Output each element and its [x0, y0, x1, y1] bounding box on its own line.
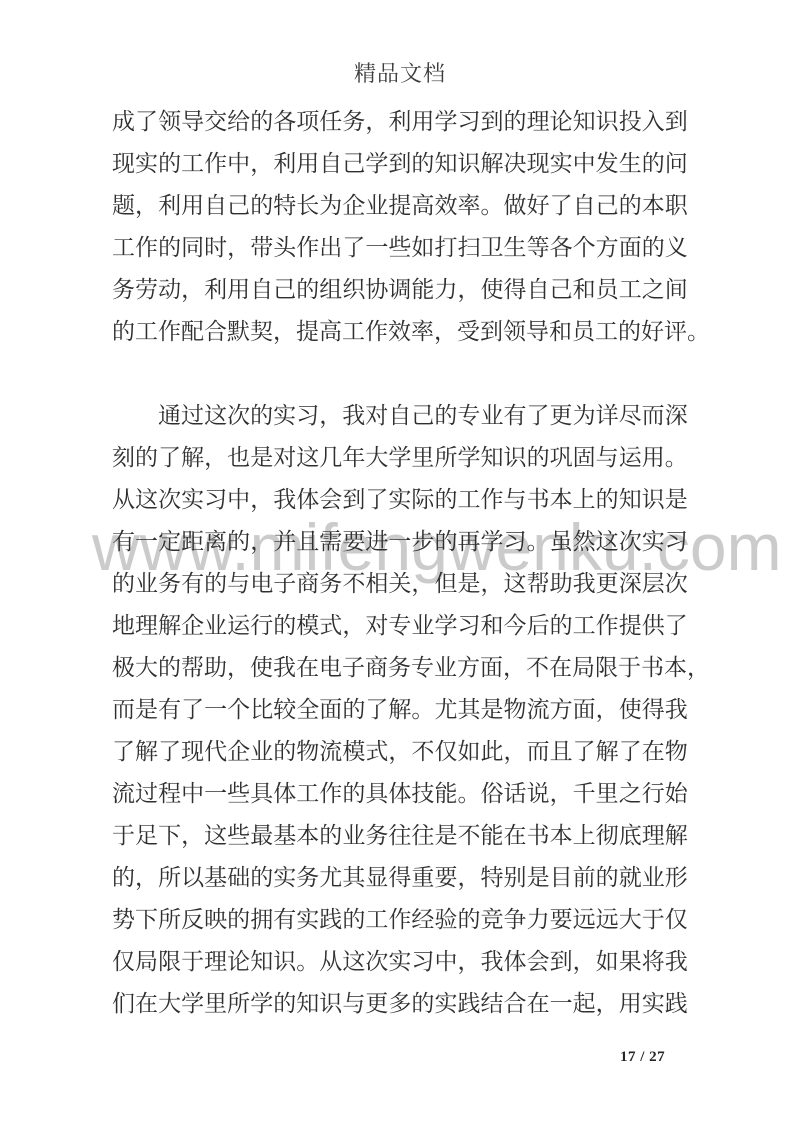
text-line: 地理解企业运行的模式，对专业学习和今后的工作提供了: [112, 602, 688, 644]
text-line: 的工作配合默契，提高工作效率，受到领导和员工的好评。: [112, 308, 688, 350]
page-number: 17 / 27: [620, 1049, 665, 1066]
text-line: 工作的同时，带头作出了一些如打扫卫生等各个方面的义: [112, 224, 688, 266]
text-line: 势下所反映的拥有实践的工作经验的竞争力要远远大于仅: [112, 896, 688, 938]
text-line: 了解了现代企业的物流模式，不仅如此，而且了解了在物: [112, 728, 688, 770]
text-line: 题，利用自己的特长为企业提高效率。做好了自己的本职: [112, 182, 688, 224]
text-line: 有一定距离的，并且需要进一步的再学习。虽然这次实习: [112, 518, 688, 560]
text-line: 务劳动，利用自己的组织协调能力，使得自己和员工之间: [112, 266, 688, 308]
paragraph: 成了领导交给的各项任务，利用学习到的理论知识投入到现实的工作中，利用自己学到的知…: [112, 98, 688, 350]
document-page: 精品文档 www.mifengwenku.com 成了领导交给的各项任务，利用学…: [0, 0, 800, 1132]
text-line: 通过这次的实习，我对自己的专业有了更为详尽而深: [158, 392, 688, 434]
text-line: 们在大学里所学的知识与更多的实践结合在一起，用实践: [112, 980, 688, 1022]
document-body: 成了领导交给的各项任务，利用学习到的理论知识投入到现实的工作中，利用自己学到的知…: [112, 98, 688, 1022]
text-line: 极大的帮助，使我在电子商务专业方面，不在局限于书本，: [112, 644, 688, 686]
text-line: 仅局限于理论知识。从这次实习中，我体会到，如果将我: [112, 938, 688, 980]
text-line: 刻的了解，也是对这几年大学里所学知识的巩固与运用。: [112, 434, 688, 476]
paragraph: 通过这次的实习，我对自己的专业有了更为详尽而深刻的了解，也是对这几年大学里所学知…: [112, 392, 688, 1022]
text-line: 而是有了一个比较全面的了解。尤其是物流方面，使得我: [112, 686, 688, 728]
text-line: 的，所以基础的实务尤其显得重要，特别是目前的就业形: [112, 854, 688, 896]
text-line: 的业务有的与电子商务不相关，但是，这帮助我更深层次: [112, 560, 688, 602]
text-line: 流过程中一些具体工作的具体技能。俗话说，千里之行始: [112, 770, 688, 812]
page-title: 精品文档: [0, 57, 800, 88]
text-line: 于足下，这些最基本的业务往往是不能在书本上彻底理解: [112, 812, 688, 854]
text-line: 现实的工作中，利用自己学到的知识解决现实中发生的问: [112, 140, 688, 182]
text-line: 从这次实习中，我体会到了实际的工作与书本上的知识是: [112, 476, 688, 518]
text-line: 成了领导交给的各项任务，利用学习到的理论知识投入到: [112, 98, 688, 140]
